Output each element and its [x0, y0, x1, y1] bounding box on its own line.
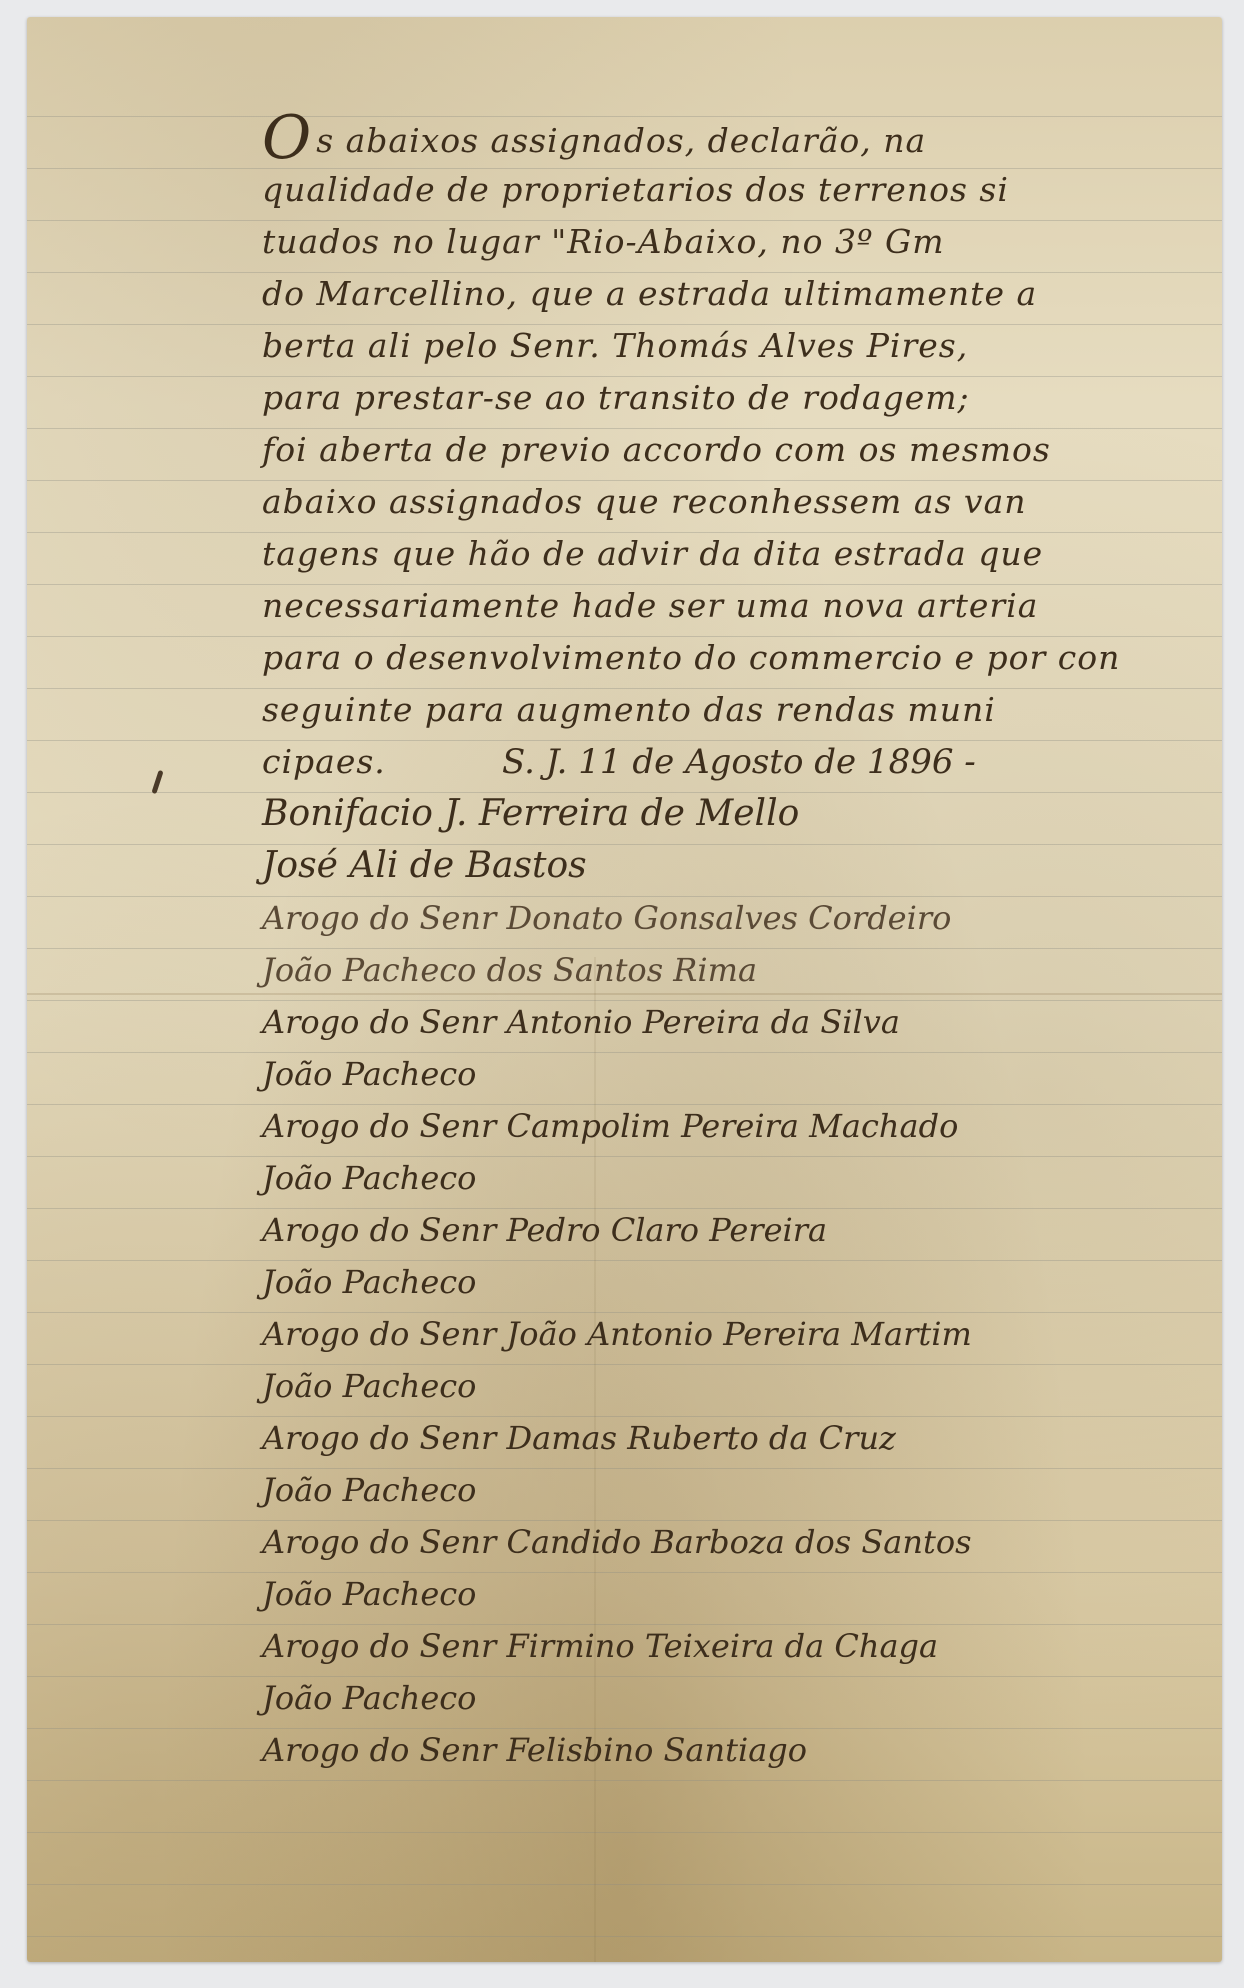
- signature: Arogo do Senr Pedro Claro Pereira: [262, 1204, 1202, 1256]
- signature: Arogo do Senr Felisbino Santiago: [262, 1724, 1202, 1776]
- dateline: S. J. 11 de Agosto de 1896 -: [262, 736, 1202, 788]
- signature: João Pacheco: [262, 1256, 1202, 1308]
- body-line: do Marcellino, que a estrada ultimamente…: [262, 268, 1202, 320]
- signature: Arogo do Senr Firmino Teixeira da Chaga: [262, 1620, 1202, 1672]
- signature: João Pacheco: [262, 1464, 1202, 1516]
- body-line: para o desenvolvimento do commercio e po…: [262, 632, 1202, 684]
- signature: Arogo do Senr Damas Ruberto da Cruz: [262, 1412, 1202, 1464]
- signature: João Pacheco: [262, 1152, 1202, 1204]
- signature: Arogo do Senr Donato Gonsalves Cordeiro: [262, 892, 1202, 944]
- signature: João Pacheco: [262, 1360, 1202, 1412]
- body-line: tuados no lugar "Rio-Abaixo, no 3º Gm: [262, 216, 1202, 268]
- signature: Arogo do Senr Campolim Pereira Machado: [262, 1100, 1202, 1152]
- signature: João Pacheco: [262, 1048, 1202, 1100]
- body-line: Os abaixos assignados, declarão, na: [262, 112, 1202, 164]
- signature: Bonifacio J. Ferreira de Mello: [262, 788, 1202, 840]
- body-line: foi aberta de previo accordo com os mesm…: [262, 424, 1202, 476]
- signature: João Pacheco: [262, 1568, 1202, 1620]
- body-line: berta ali pelo Senr. Thomás Alves Pires,: [262, 320, 1202, 372]
- declaration-text: Os abaixos assignados, declarão, na qual…: [262, 112, 1202, 1776]
- signature: Arogo do Senr Antonio Pereira da Silva: [262, 996, 1202, 1048]
- signature: Arogo do Senr João Antonio Pereira Marti…: [262, 1308, 1202, 1360]
- body-line: para prestar-se ao transito de rodagem;: [262, 372, 1202, 424]
- signature: Arogo do Senr Candido Barboza dos Santos: [262, 1516, 1202, 1568]
- body-line: seguinte para augmento das rendas muni: [262, 684, 1202, 736]
- signature: José Ali de Bastos: [262, 840, 1202, 892]
- drop-cap: O: [262, 103, 312, 173]
- body-line: qualidade de proprietarios dos terrenos …: [262, 164, 1202, 216]
- signature: João Pacheco: [262, 1672, 1202, 1724]
- signature: João Pacheco dos Santos Rima: [262, 944, 1202, 996]
- body-line: abaixo assignados que reconhessem as van: [262, 476, 1202, 528]
- body-line: necessariamente hade ser uma nova arteri…: [262, 580, 1202, 632]
- body-line: tagens que hão de advir da dita estrada …: [262, 528, 1202, 580]
